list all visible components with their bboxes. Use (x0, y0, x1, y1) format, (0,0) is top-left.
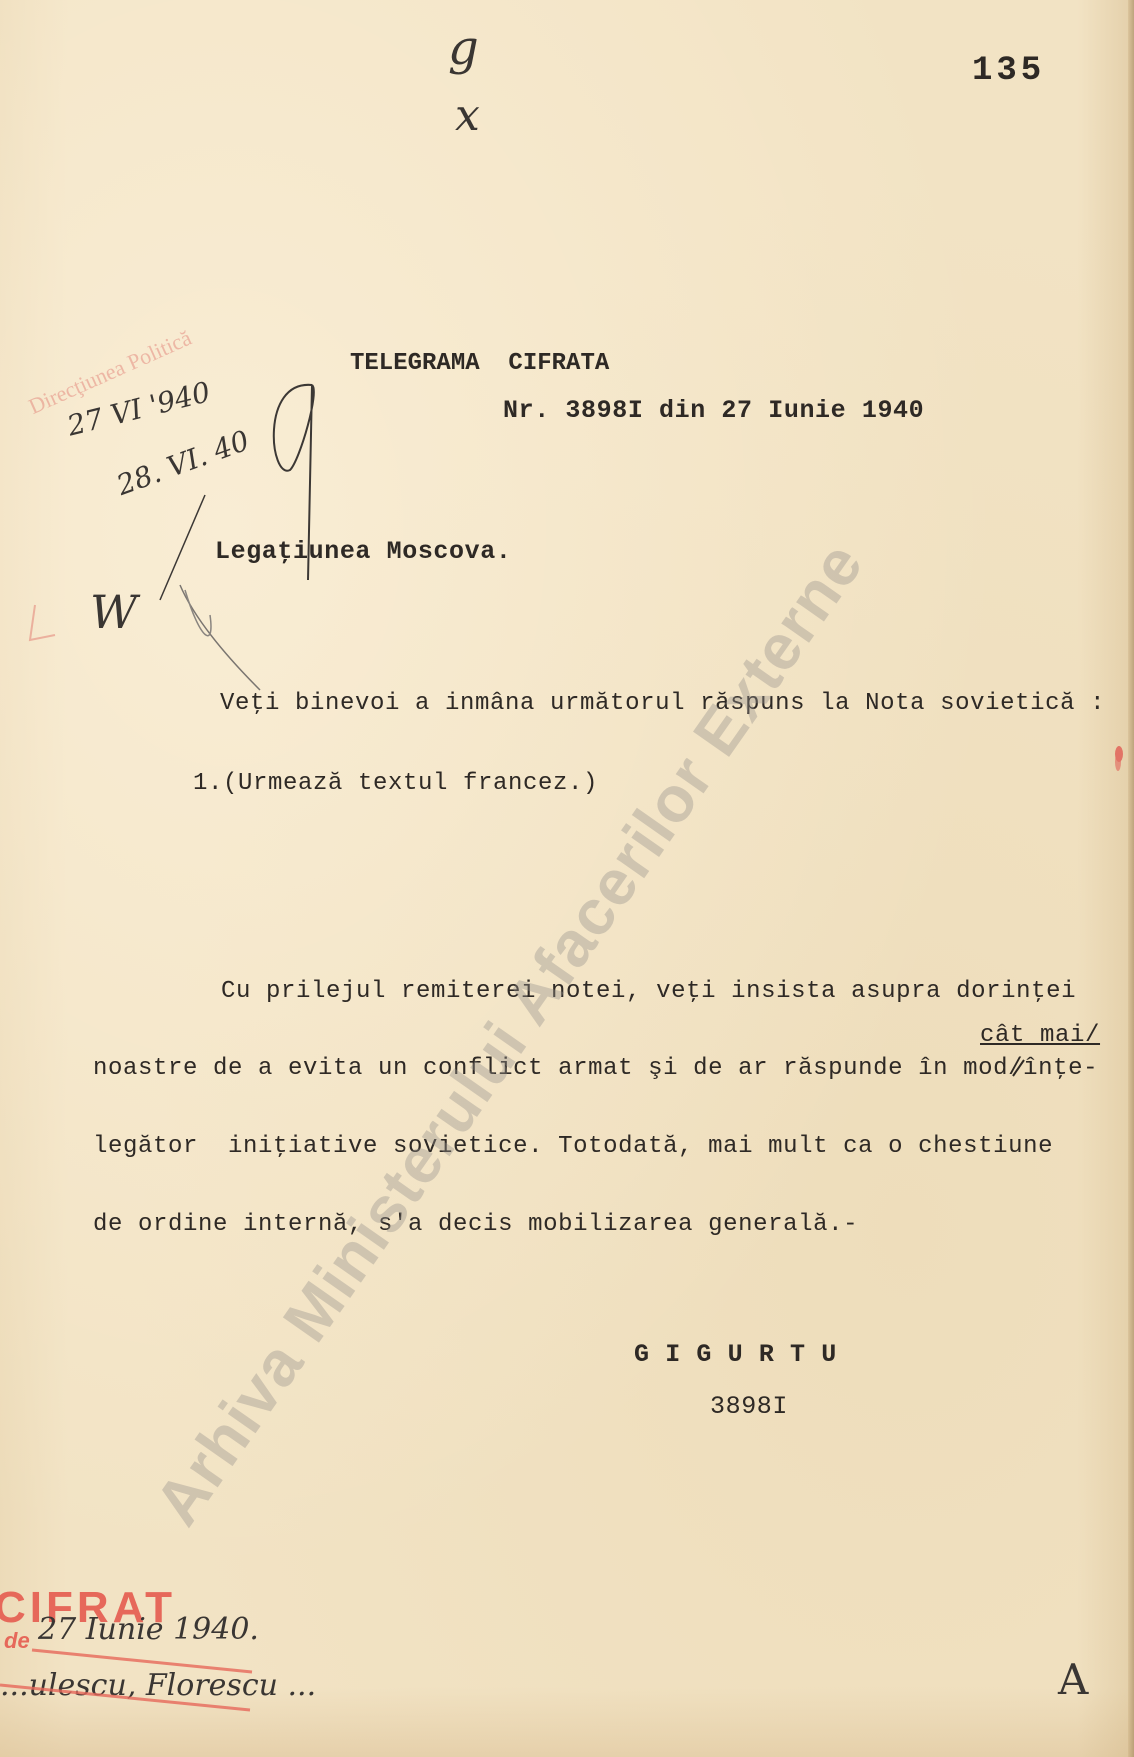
document-page: Direcţiunea Politică 135 g x TELEGRAMA C… (0, 0, 1134, 1757)
handwriting-strokes (0, 0, 1134, 1757)
